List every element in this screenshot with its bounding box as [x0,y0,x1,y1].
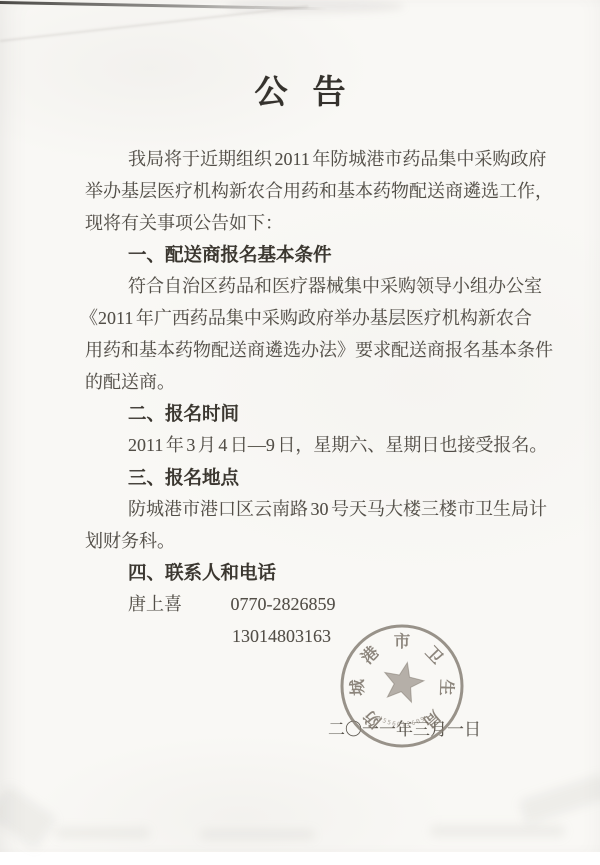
section-1-line-2: 《2011 年广西药品集中采购政府举办基层医疗机构新农合 [80,303,530,335]
seal-char: 城 [348,678,368,696]
seal-char: 卫 [421,643,446,668]
contact-name: 唐上喜 [128,589,228,621]
notice-title: 公 告 [0,66,600,113]
showthrough-mark [430,825,565,837]
title-char-2: 告 [313,66,346,113]
seal-graphic: 防 城 港 市 卫 生 局 4556012609 [327,611,477,761]
section-1-line-1: 符合自治区药品和医疗器械集中采购领导小组办公室 [85,271,530,303]
intro-line-2: 举办基层医疗机构新农合用药和基本药物配送商遴选工作， [85,176,530,208]
section-4-heading: 四、联系人和电话 [85,557,530,589]
intro-line-1: 我局将于近期组织 2011 年防城港市药品集中采购政府 [85,144,530,176]
section-3-heading: 三、报名地点 [85,462,530,494]
seal-star-icon [385,663,424,703]
seal-char: 港 [357,642,382,667]
scan-smudge-artifact [225,0,405,13]
notice-body: 我局将于近期组织 2011 年防城港市药品集中采购政府 举办基层医疗机构新农合用… [85,144,530,653]
section-1-line-4: 的配送商。 [85,367,530,399]
seal-code: 4556012609 [377,715,428,728]
section-3-line-1: 防城港市港口区云南路 30 号天马大楼三楼市卫生局计 [85,494,530,526]
seal-char: 市 [394,631,411,651]
section-2-heading: 二、报名时间 [85,398,530,430]
showthrough-mark [55,828,150,838]
contact-phone: 0770-2826859 [231,594,336,614]
intro-line-3: 现将有关事项公告如下： [85,208,530,240]
scanned-notice-page: { "title_chars": ["公", "告"], "body": { "… [0,0,600,865]
seal-char: 生 [437,679,458,697]
section-3-line-2: 划财务科。 [85,526,530,558]
official-seal: 防 城 港 市 卫 生 局 4556012609 [327,611,477,761]
title-char-1: 公 [255,66,288,113]
section-2-line-1: 2011 年 3 月 4 日—9 日，星期六、星期日也接受报名。 [85,430,530,462]
showthrough-mark [200,830,315,839]
section-1-line-3: 用药和基本药物配送商遴选办法》要求配送商报名基本条件 [85,335,530,367]
section-1-heading: 一、配送商报名基本条件 [85,239,530,271]
